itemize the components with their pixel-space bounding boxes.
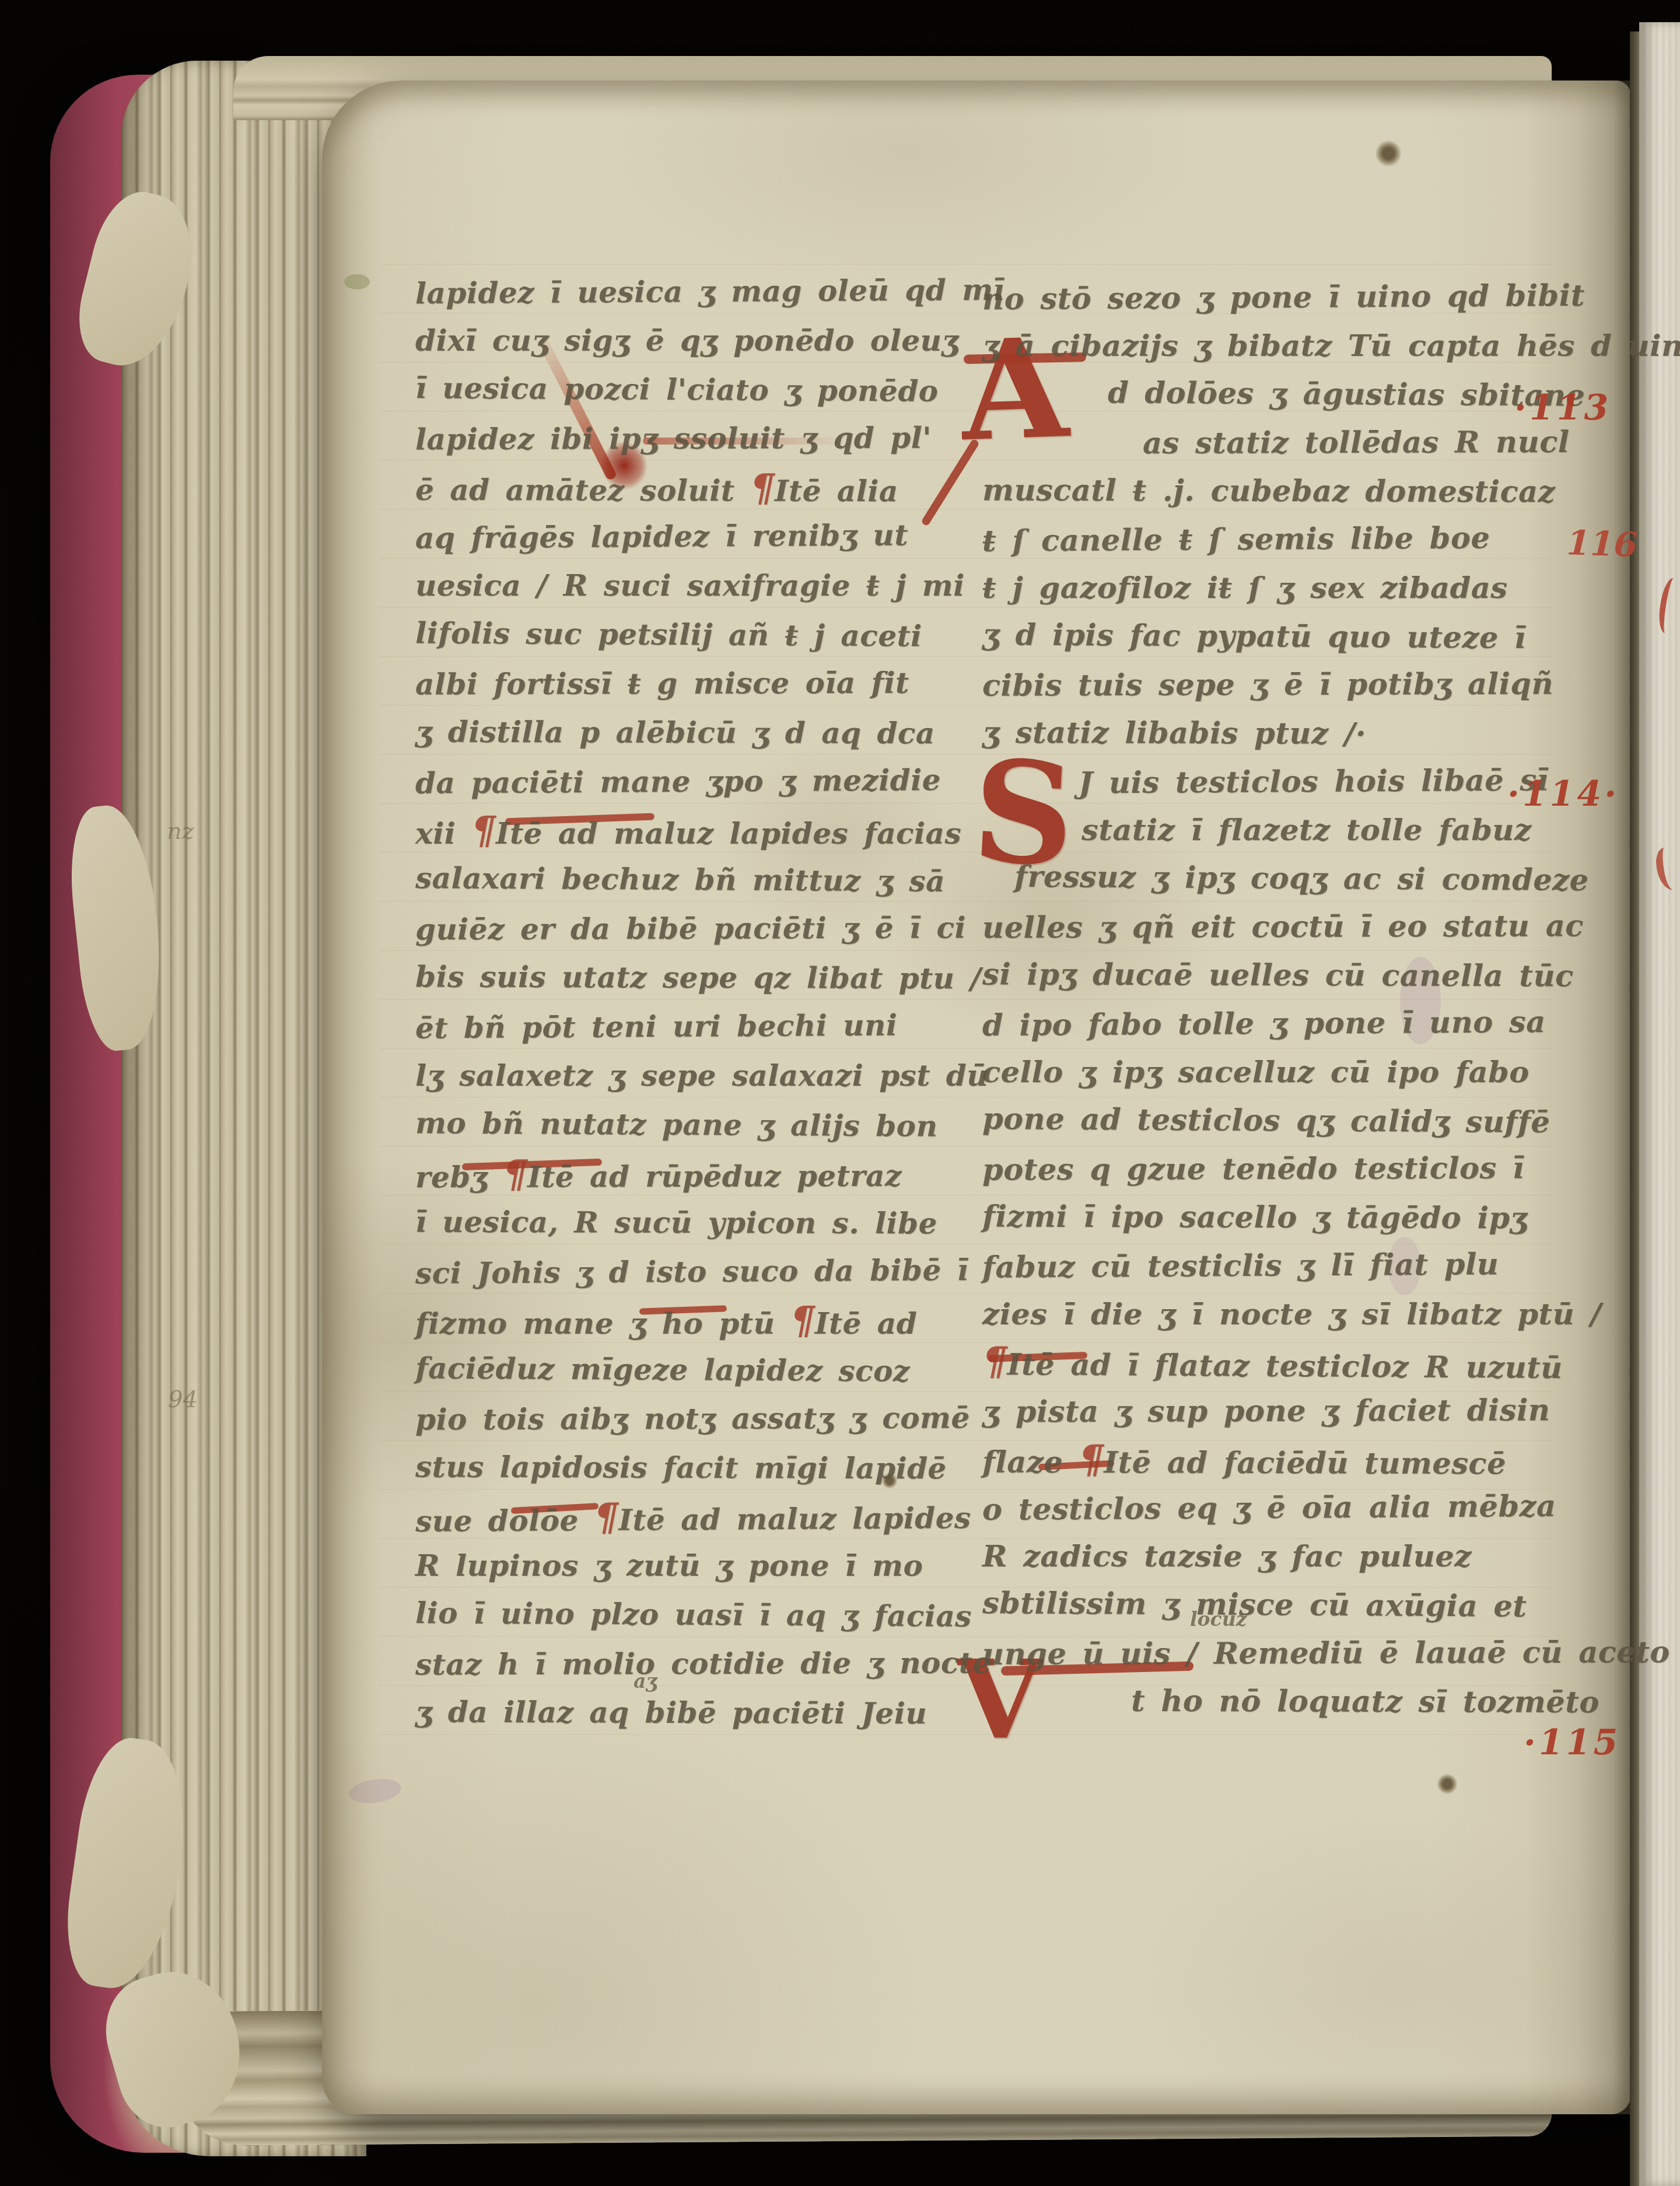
- manuscript-text-line: fabuz cū testiclis ʒ lī fiat plu: [982, 1246, 1499, 1286]
- manuscript-text-line: uelles ʒ qñ eit coctū ī eo statu ac: [982, 907, 1584, 946]
- manuscript-text-line: pone ad testiclos qʒ calidʒ suffē: [982, 1100, 1550, 1141]
- manuscript-text-line: R zadics tazsie ʒ fac puluez: [982, 1538, 1472, 1575]
- manuscript-text-line: lʒ salaxetz ʒ sepe salaxazi pst dū: [415, 1057, 988, 1094]
- chapter-number-rubric: ·113: [1514, 387, 1611, 428]
- manuscript-text-line: mo bñ nutatz pane ʒ alijs bon: [415, 1104, 938, 1145]
- manuscript-text-line: albi fortissī ŧ g misce oīa fit: [415, 664, 909, 704]
- manuscript-text-line: bis suis utatz sepe qz libat ptu /: [415, 958, 981, 997]
- manuscript-text-line: ŧ ſ canelle ŧ ſ semis libe boe: [982, 519, 1490, 559]
- manuscript-text-line: sci Johis ʒ d isto suco da bibē ī: [415, 1251, 969, 1292]
- faint-gutter-mark: nz: [167, 818, 194, 845]
- manuscript-text-line: zies ī die ʒ ī nocte ʒ sī libatz ptū /: [982, 1296, 1601, 1333]
- faint-gutter-mark: 94: [168, 1386, 198, 1413]
- manuscript-text-line: cibis tuis sepe ʒ ē ī potibʒ aliqñ: [982, 665, 1553, 704]
- manuscript-text-line: guiēz er da bibē paciēti ʒ ē ī ci: [415, 910, 966, 949]
- manuscript-text-line: lio ī uino plzo uasī ī aq ʒ facias: [415, 1594, 972, 1635]
- manuscript-text-line: o testiclos eq ʒ ē oīa alia mēbza: [982, 1488, 1556, 1529]
- next-page-chapter-number: 116: [1566, 523, 1638, 565]
- chapter-number-rubric: ·114·: [1507, 774, 1619, 814]
- manuscript-text-line: ʒ da illaz aq bibē paciēti Jeiu: [415, 1694, 927, 1733]
- manuscript-text-line: lapidez ī uesica ʒ mag oleū qd mī: [415, 271, 1005, 312]
- manuscript-text-line: ʒ pista ʒ sup pone ʒ faciet disin: [982, 1391, 1550, 1430]
- chapter-number-rubric: ·115: [1524, 1722, 1620, 1763]
- manuscript-text-line: ¶Itē ad ī flataz testicloz R uzutū: [982, 1342, 1563, 1387]
- manuscript-text-line: J uis testiclos hois libaē sī: [1079, 761, 1549, 802]
- manuscript-text-line: xii ¶Itē ad maluz lapides facias: [415, 812, 961, 852]
- manuscript-text-line: si ipʒ ducaē uelles cū canella tūc: [982, 956, 1574, 995]
- manuscript-text-line: fizmo mane ʒ ho ptū ¶Itē ad: [415, 1302, 917, 1342]
- manuscript-text-line: lapidez ibi ipʒ ssoluit ʒ qd pl': [415, 419, 932, 459]
- manuscript-text-line: pio tois aibʒ notʒ assatʒ ʒ comē: [415, 1400, 970, 1439]
- manuscript-text-line: unge ū uis / Remediū ē lauaē cū aceto /: [982, 1634, 1680, 1673]
- photo-background: A S V lapidez ī uesica ʒ mag oleū qd mīd…: [0, 0, 1680, 2186]
- manuscript-text-line: flaze ¶Itē ad faciēdū tumescē: [982, 1440, 1506, 1483]
- manuscript-text-line: sue dolōe ¶Itē ad maluz lapides: [415, 1496, 971, 1540]
- manuscript-text-line: ī uesica, R sucū ypicon s. libe: [415, 1204, 937, 1243]
- interlinear-note: locuz: [1190, 1608, 1247, 1631]
- manuscript-text-line: ʒ distilla p alēbicū ʒ d aq dca: [415, 713, 935, 753]
- manuscript-text-line: salaxari bechuz bñ mittuz ʒ sā: [415, 859, 945, 900]
- manuscript-text-line: no stō sezo ʒ pone ī uino qd bibit: [982, 277, 1585, 318]
- manuscript-text-line: d ipo fabo tolle ʒ pone ī uno sa: [982, 1003, 1546, 1044]
- manuscript-text-line: ʒ d ipis fac pypatū quo uteze ī: [982, 616, 1526, 657]
- manuscript-text-line: ē ad amātez soluit ¶Itē alia: [415, 468, 898, 510]
- manuscript-text-line: ī uesica pozci l'ciato ʒ ponēdo: [415, 369, 939, 410]
- manuscript-text-line: muscatl ŧ .j. cubebaz domesticaz: [982, 471, 1555, 510]
- manuscript-text-line: faciēduz mīgeze lapidez scoz: [415, 1349, 910, 1390]
- manuscript-text-line: ēt bñ pōt teni uri bechi uni: [415, 1006, 898, 1047]
- manuscript-text-line: fressuz ʒ ipʒ coqʒ ac si comdeze: [1014, 858, 1589, 899]
- manuscript-text-line: statiz ī flazetz tolle fabuz: [1081, 812, 1531, 849]
- manuscript-text-line: rebʒ ¶Itē ad rūpēduz petraz: [415, 1155, 902, 1197]
- manuscript-text-line: da paciēti mane ʒpo ʒ mezidie: [415, 761, 941, 802]
- manuscript-text-line: sbtilissim ʒ misce cū axūgia et: [982, 1585, 1527, 1625]
- manuscript-text-line: fizmi ī ipo sacello ʒ tāgēdo ipʒ: [982, 1198, 1527, 1237]
- manuscript-text-line: potes q gzue tenēdo testiclos ī: [982, 1150, 1524, 1189]
- manuscript-text-line: ʒ ā cibazijs ʒ bibatz Tū capta hēs d uin…: [982, 327, 1680, 365]
- manuscript-text-line: t ho nō loquatz sī tozmēto: [1131, 1683, 1599, 1722]
- manuscript-text-line: R lupinos ʒ zutū ʒ pone ī mo: [415, 1547, 923, 1585]
- manuscript-text-line: ŧ j gazofiloz iŧ ſ ʒ sex zibadas: [982, 569, 1508, 607]
- manuscript-text-line: as statiz tollēdas R nucl: [1143, 424, 1570, 462]
- interlinear-note: aʒ: [633, 1670, 657, 1692]
- manuscript-text-line: dixī cuʒ sigʒ ē qʒ ponēdo oleuʒ: [415, 322, 958, 359]
- manuscript-text-line: staz h ī molio cotidie die ʒ nocte: [415, 1644, 992, 1683]
- manuscript-text-line: cello ʒ ipʒ sacelluz cū ipo fabo: [982, 1054, 1529, 1091]
- manuscript-text-line: d dolōes ʒ āgustias sbitane: [1108, 374, 1585, 414]
- manuscript-text-line: stus lapidosis facit mīgi lapidē: [415, 1449, 947, 1488]
- manuscript-text-line: uesica / R suci saxifragie ŧ j mi: [415, 567, 965, 604]
- manuscript-text-line: ʒ statiz libabis ptuz /·: [982, 714, 1366, 753]
- manuscript-text-layer: lapidez ī uesica ʒ mag oleū qd mīdixī cu…: [0, 0, 1680, 2186]
- manuscript-text-line: lifolis suc petsilij añ ŧ j aceti: [415, 614, 922, 655]
- manuscript-text-line: aq frāgēs lapidez ī renibʒ ut: [415, 516, 908, 557]
